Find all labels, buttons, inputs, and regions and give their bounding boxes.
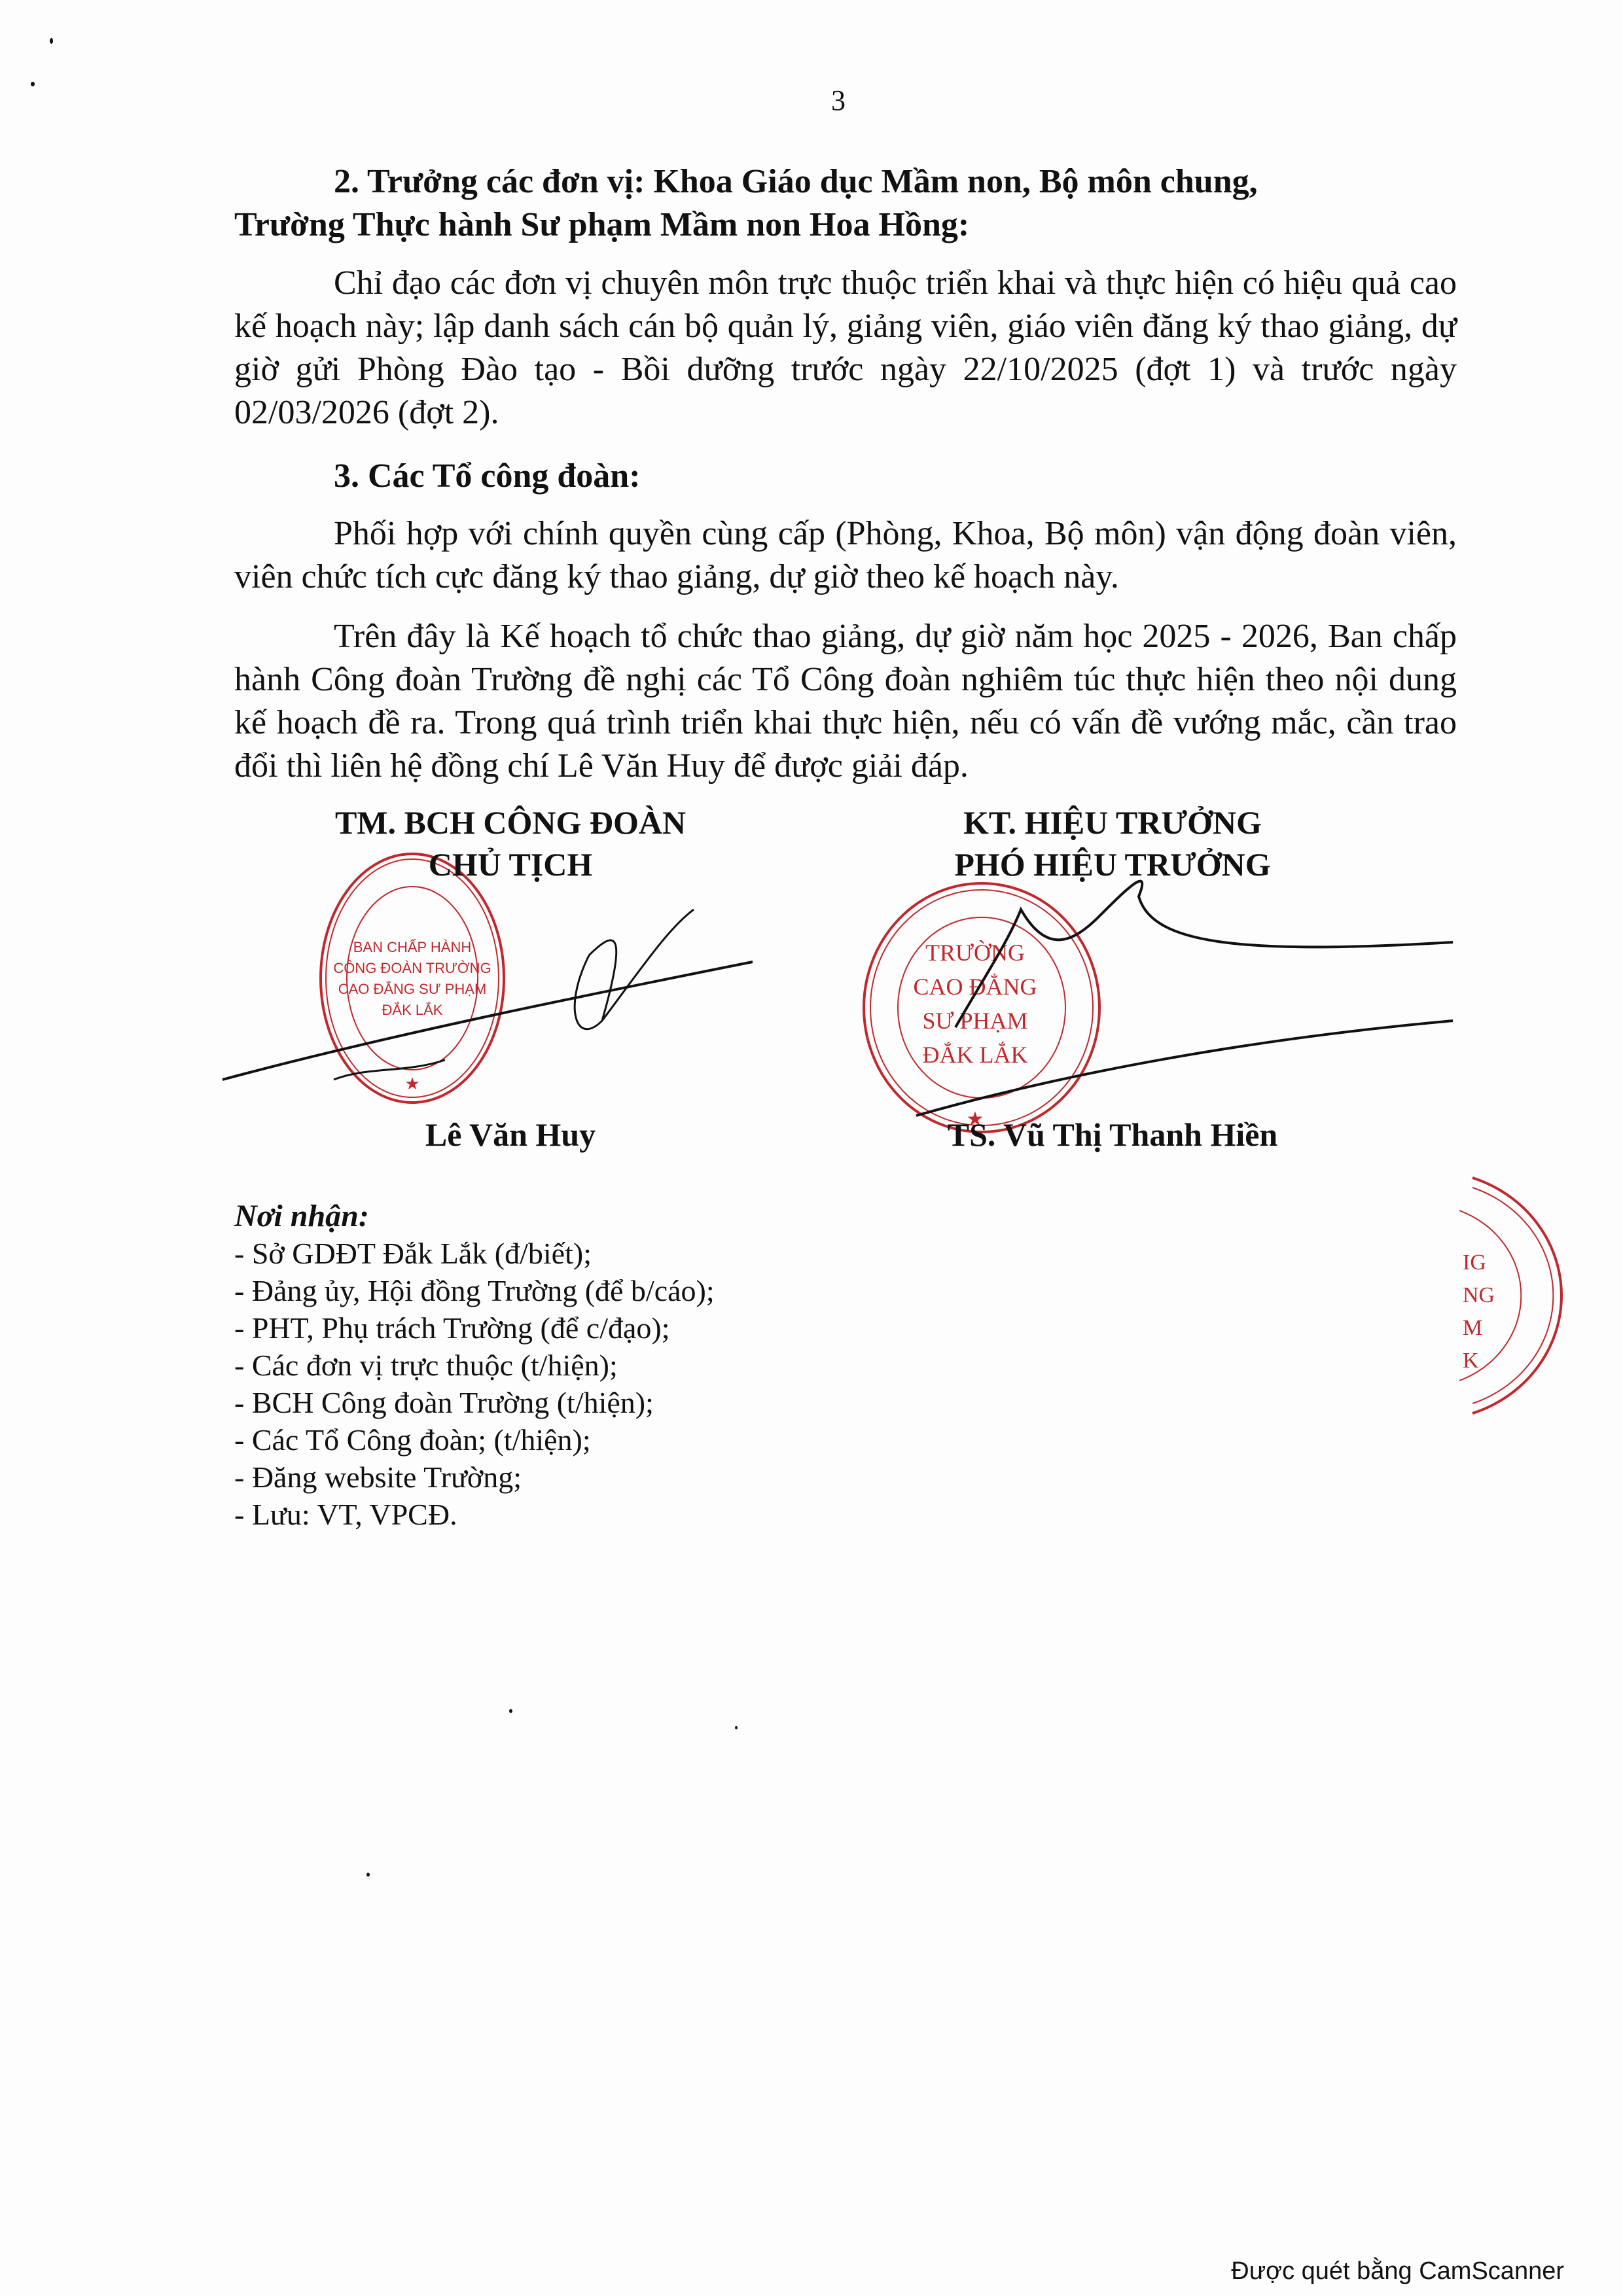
- svg-text:★: ★: [404, 1074, 419, 1093]
- school-stamp: TRƯỜNG CAO ĐẲNG SƯ PHẠM ĐẮK LẮK ★: [857, 877, 1106, 1139]
- svg-text:ĐẮK LẮK: ĐẮK LẮK: [382, 1002, 443, 1018]
- union-signature-role: CHỦ TỊCH: [275, 843, 746, 885]
- union-stamp: BAN CHẤP HÀNH CÔNG ĐOÀN TRƯỜNG CAO ĐẲNG …: [314, 847, 510, 1109]
- section-3-body: Phối hợp với chính quyền cùng cấp (Phòng…: [234, 512, 1457, 599]
- svg-text:BAN CHẤP HÀNH: BAN CHẤP HÀNH: [353, 939, 472, 955]
- section-3-heading-text: 3. Các Tổ công đoàn:: [234, 455, 1457, 498]
- recipient-item: - Lưu: VT, VPCĐ.: [234, 1496, 715, 1533]
- closing-paragraph: Trên đây là Kế hoạch tổ chức thao giảng,…: [234, 615, 1457, 788]
- school-signature-title: KT. HIỆU TRƯỞNG: [851, 802, 1374, 843]
- scan-speck: [50, 38, 53, 44]
- svg-text:K: K: [1463, 1349, 1479, 1373]
- svg-text:M: M: [1463, 1316, 1482, 1340]
- section-2-heading-line2: Trường Thực hành Sư phạm Mầm non Hoa Hồn…: [234, 203, 1457, 247]
- scan-speck: [735, 1726, 738, 1729]
- scan-speck: [31, 82, 35, 86]
- svg-text:CÔNG ĐOÀN TRƯỜNG: CÔNG ĐOÀN TRƯỜNG: [333, 960, 491, 976]
- recipient-item: - Các Tổ Công đoàn; (t/hiện);: [234, 1421, 715, 1458]
- svg-text:CAO ĐẲNG SƯ PHẠM: CAO ĐẲNG SƯ PHẠM: [338, 981, 487, 997]
- section-2-heading: 2. Trưởng các đơn vị: Khoa Giáo dục Mầm …: [234, 160, 1457, 247]
- recipient-item: - BCH Công đoàn Trường (t/hiện);: [234, 1384, 715, 1421]
- svg-text:CAO ĐẲNG: CAO ĐẲNG: [914, 974, 1037, 1000]
- section-2-body: Chỉ đạo các đơn vị chuyên môn trực thuộc…: [234, 262, 1457, 434]
- recipient-item: - PHT, Phụ trách Trường (để c/đạo);: [234, 1309, 715, 1347]
- svg-text:ĐẮK LẮK: ĐẮK LẮK: [923, 1042, 1028, 1068]
- recipient-item: - Sở GDĐT Đắk Lắk (đ/biết);: [234, 1235, 715, 1272]
- recipients-list: Nơi nhận: - Sở GDĐT Đắk Lắk (đ/biết); - …: [234, 1197, 715, 1533]
- partial-stamp-edge: IG NG M K: [1459, 1171, 1623, 1420]
- page-number: 3: [831, 84, 846, 117]
- section-3-paragraph: Phối hợp với chính quyền cùng cấp (Phòng…: [234, 512, 1457, 599]
- svg-text:TRƯỜNG: TRƯỜNG: [925, 940, 1025, 966]
- union-signature-title: TM. BCH CÔNG ĐOÀN: [275, 802, 746, 843]
- scan-speck: [509, 1709, 512, 1713]
- section-3-heading: 3. Các Tổ công đoàn:: [234, 455, 1457, 498]
- recipients-title: Nơi nhận:: [234, 1197, 715, 1235]
- svg-text:NG: NG: [1463, 1283, 1495, 1307]
- school-signer-name: TS. Vũ Thị Thanh Hiền: [883, 1116, 1342, 1154]
- camscanner-watermark: Được quét bằng CamScanner: [1231, 2257, 1564, 2286]
- svg-text:SƯ PHẠM: SƯ PHẠM: [923, 1008, 1028, 1034]
- union-signature-block: TM. BCH CÔNG ĐOÀN CHỦ TỊCH: [275, 802, 746, 885]
- school-signature-block: KT. HIỆU TRƯỞNG PHÓ HIỆU TRƯỞNG: [851, 802, 1374, 885]
- recipient-item: - Đảng ủy, Hội đồng Trường (để b/cáo);: [234, 1272, 715, 1309]
- closing-paragraph-block: Trên đây là Kế hoạch tổ chức thao giảng,…: [234, 615, 1457, 788]
- section-2-heading-line1: 2. Trưởng các đơn vị: Khoa Giáo dục Mầm …: [234, 160, 1457, 203]
- recipient-item: - Các đơn vị trực thuộc (t/hiện);: [234, 1347, 715, 1384]
- section-2-paragraph: Chỉ đạo các đơn vị chuyên môn trực thuộc…: [234, 262, 1457, 434]
- scan-speck: [366, 1873, 370, 1877]
- school-signature-role: PHÓ HIỆU TRƯỞNG: [851, 843, 1374, 885]
- svg-text:IG: IG: [1463, 1250, 1486, 1275]
- recipient-item: - Đăng website Trường;: [234, 1458, 715, 1496]
- union-signer-name: Lê Văn Huy: [275, 1116, 746, 1154]
